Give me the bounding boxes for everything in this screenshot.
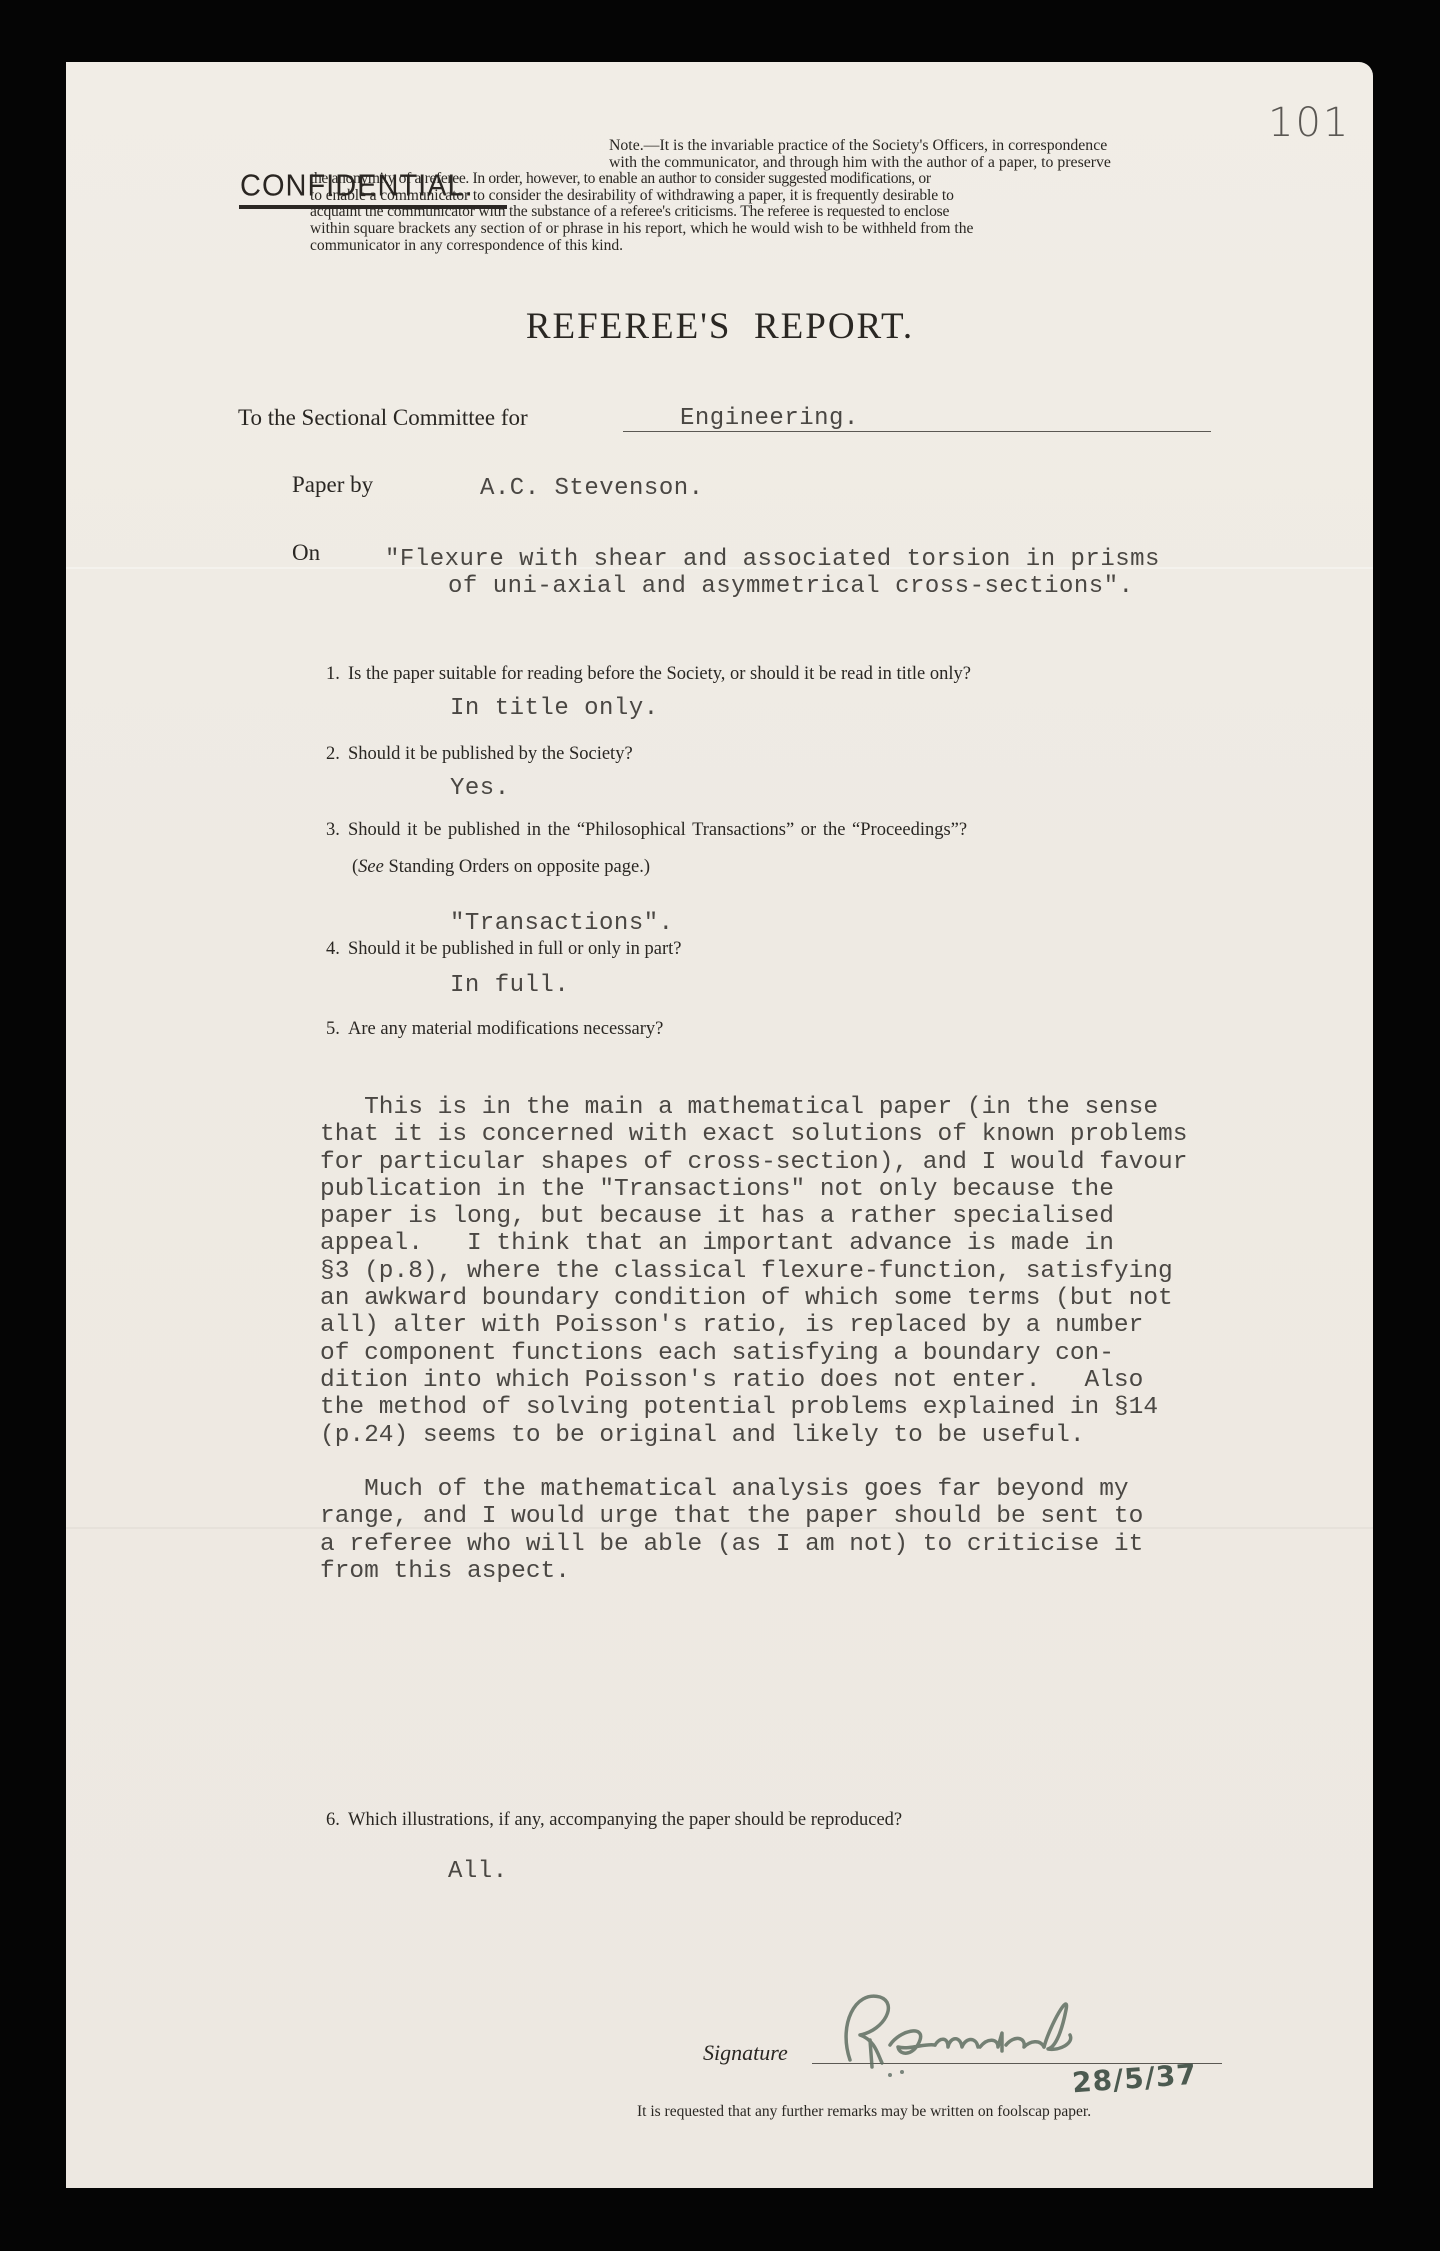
question-text: Are any material modifications necessary… — [348, 1019, 663, 1039]
answer-3: "Transactions". — [450, 910, 674, 937]
report-title: REFEREE'S REPORT. — [0, 305, 1440, 348]
note-line: to enable a communicator to consider the… — [310, 188, 1208, 205]
note-line: within square brackets any section of or… — [310, 221, 1208, 238]
signature-label: Signature — [703, 2040, 788, 2066]
question-number: 3. — [326, 820, 348, 841]
question-text: Should it be published by the Society? — [348, 744, 633, 764]
paper-by-label: Paper by — [292, 472, 373, 498]
committee-label: To the Sectional Committee for — [238, 405, 528, 431]
answer-4: In full. — [450, 972, 569, 999]
question-text: Should it be published in full or only i… — [348, 939, 681, 959]
question-5: 5.Are any material modifications necessa… — [326, 1019, 663, 1040]
question-2: 2.Should it be published by the Society? — [326, 744, 633, 765]
question-3-subnote: (See Standing Orders on opposite page.) — [352, 857, 650, 878]
question-text: Is the paper suitable for reading before… — [348, 664, 971, 684]
question-number: 2. — [326, 744, 348, 765]
note-line: Note.—It is the invariable practice of t… — [310, 138, 1208, 155]
referee-comments-paragraph-2: Much of the mathematical analysis goes f… — [320, 1476, 1280, 1585]
answer-1: In title only. — [450, 695, 659, 722]
confidentiality-note: Note.—It is the invariable practice of t… — [310, 138, 1208, 254]
answer-2: Yes. — [450, 775, 510, 802]
question-number: 6. — [326, 1810, 348, 1831]
referee-comments-paragraph-1: This is in the main a mathematical paper… — [320, 1094, 1280, 1449]
committee-value: Engineering. — [680, 405, 859, 432]
note-line: communicator in any correspondence of th… — [310, 238, 1208, 255]
paper-title-line-1: "Flexure with shear and associated torsi… — [385, 546, 1160, 573]
question-3: 3.Should it be published in the “Philoso… — [326, 820, 967, 841]
footer-note: It is requested that any further remarks… — [637, 2103, 1091, 2121]
question-number: 4. — [326, 939, 348, 960]
answer-6: All. — [448, 1858, 508, 1885]
see-reference: See — [358, 857, 384, 877]
question-4: 4.Should it be published in full or only… — [326, 939, 681, 960]
note-line: with the communicator, and through him w… — [310, 155, 1208, 172]
paper-author: A.C. Stevenson. — [480, 475, 704, 502]
page-number: 101 — [1268, 100, 1350, 146]
note-line: acquaint the communicator with the subst… — [310, 204, 1208, 221]
question-number: 1. — [326, 664, 348, 685]
question-1: 1.Is the paper suitable for reading befo… — [326, 664, 971, 685]
question-number: 5. — [326, 1019, 348, 1040]
question-6: 6.Which illustrations, if any, accompany… — [326, 1810, 902, 1831]
paper-title-label: On — [292, 540, 320, 566]
note-line: the anonymity of a referee. In order, ho… — [310, 171, 1208, 188]
question-text: Should it be published in the “Philosoph… — [348, 820, 967, 840]
paper-title-line-2: of uni-axial and asymmetrical cross-sect… — [448, 573, 1134, 600]
question-text: Which illustrations, if any, accompanyin… — [348, 1810, 902, 1830]
